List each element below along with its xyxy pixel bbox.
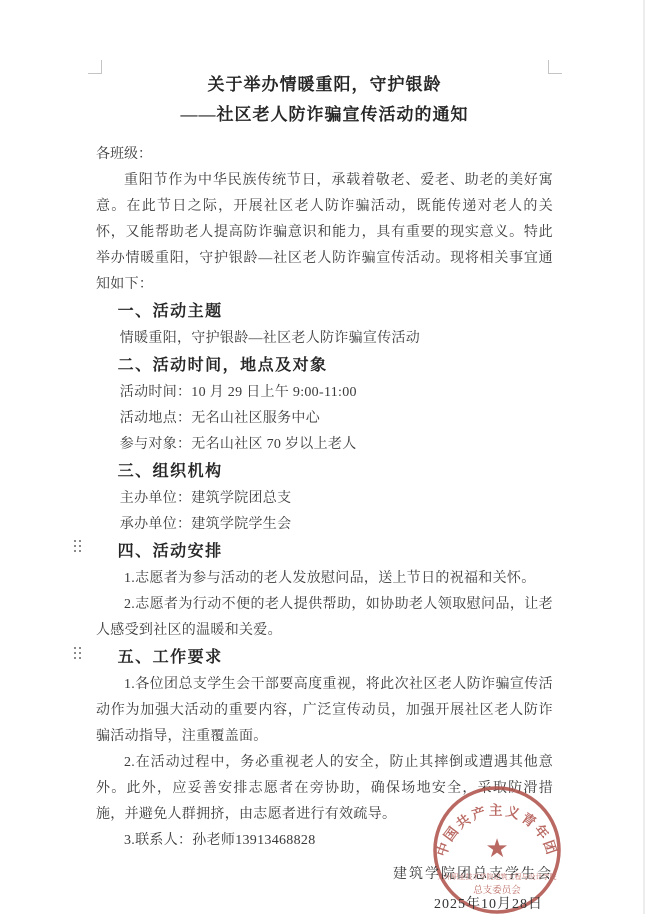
doc-title-line2: ——社区老人防诈骗宣传活动的通知	[96, 100, 553, 130]
salutation: 各班级：	[96, 142, 553, 168]
activity-time: 活动时间：10 月 29 日上午 9:00-11:00	[96, 380, 553, 406]
arrangement-item-1: 1.志愿者为参与活动的老人发放慰问品，送上节日的祝福和关怀。	[96, 566, 553, 592]
section-3-heading: 三、组织机构	[96, 458, 553, 486]
organizer-unit: 承办单位：建筑学院学生会	[96, 512, 553, 538]
signature-block: 建筑学院团总支学生会 2025年10月28日	[96, 860, 553, 914]
intro-paragraph: 重阳节作为中华民族传统节日，承载着敬老、爱老、助老的美好寓意。在此节日之际，开展…	[96, 168, 553, 298]
arrangement-item-2: 2.志愿者为行动不便的老人提供帮助，如协助老人领取慰问品，让老人感受到社区的温暖…	[96, 592, 553, 644]
signature-date: 2025年10月28日	[96, 890, 553, 914]
document-page: 关于举办情暖重阳，守护银龄 ——社区老人防诈骗宣传活动的通知 各班级： 重阳节作…	[0, 0, 649, 914]
page-edge-divider	[643, 0, 645, 914]
section-1-heading: 一、活动主题	[96, 298, 553, 326]
paragraph-drag-handle-icon[interactable]	[74, 540, 76, 542]
section-2-heading: 二、活动时间，地点及对象	[96, 352, 553, 380]
activity-participants: 参与对象：无名山社区 70 岁以上老人	[96, 432, 553, 458]
section-1-body: 情暖重阳，守护银龄—社区老人防诈骗宣传活动	[96, 326, 553, 352]
section-4-heading: 四、活动安排	[96, 538, 553, 566]
paragraph-drag-handle-icon[interactable]	[74, 647, 76, 649]
requirement-item-1: 1.各位团总支学生会干部要高度重视，将此次社区老人防诈骗宣传活动作为加强大活动的…	[96, 672, 553, 750]
doc-title-line1: 关于举办情暖重阳，守护银龄	[96, 70, 553, 100]
activity-location: 活动地点：无名山社区服务中心	[96, 406, 553, 432]
signature-unit: 建筑学院团总支学生会	[96, 860, 553, 890]
section-5-heading: 五、工作要求	[96, 644, 553, 672]
host-unit: 主办单位：建筑学院团总支	[96, 486, 553, 512]
